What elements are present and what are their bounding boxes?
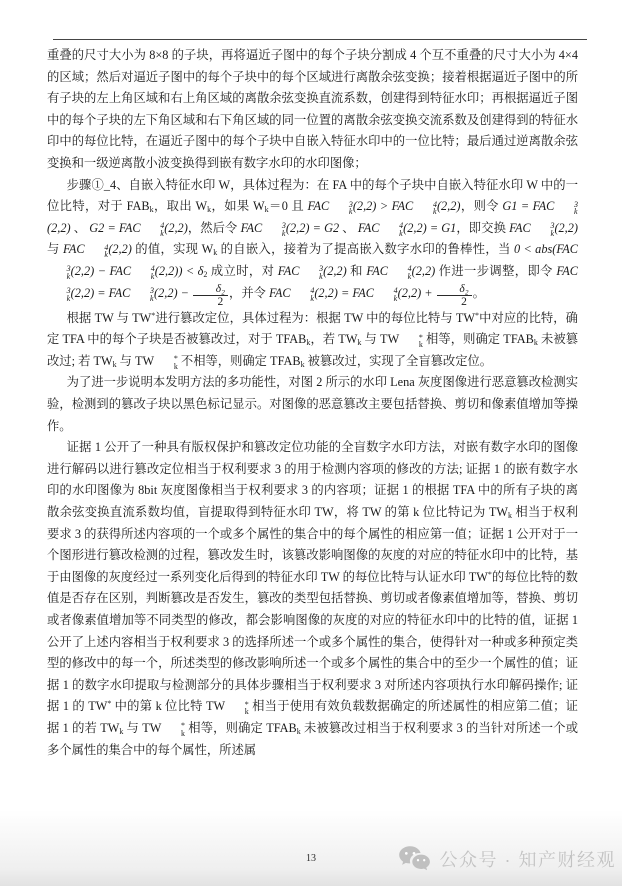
watermark: 公众号 · 知产财经观 <box>398 845 617 872</box>
paragraph: 步骤①_4、自嵌入特征水印 W，具体过程为：在 FA 中的每个子块中自嵌入特征水… <box>47 175 578 308</box>
wechat-icon <box>398 845 431 872</box>
page: 重叠的尺寸大小为 8×8 的子块，再将逼近子图中的每个子块分割成 4 个互不重叠… <box>0 0 622 886</box>
footer-band: 13 公众号 · 知产财经观 <box>0 810 622 886</box>
paragraph: 重叠的尺寸大小为 8×8 的子块，再将逼近子图中的每个子块分割成 4 个互不重叠… <box>47 45 578 175</box>
paragraph: 为了进一步说明本发明方法的多功能性，对图 2 所示的水印 Lena 灰度图像进行… <box>47 372 578 437</box>
paragraph: 证据 1 公开了一种具有版权保护和篡改定位功能的全盲数字水印方法，对嵌有数字水印… <box>47 437 578 761</box>
paragraph: 根据 TW 与 TW*进行篡改定位，具体过程为：根据 TW 中的每位比特与 TW… <box>47 308 578 373</box>
watermark-text: 公众号 · 知产财经观 <box>440 846 617 872</box>
document-body: 重叠的尺寸大小为 8×8 的子块，再将逼近子图中的每个子块分割成 4 个互不重叠… <box>47 45 578 761</box>
top-rule <box>53 39 587 40</box>
